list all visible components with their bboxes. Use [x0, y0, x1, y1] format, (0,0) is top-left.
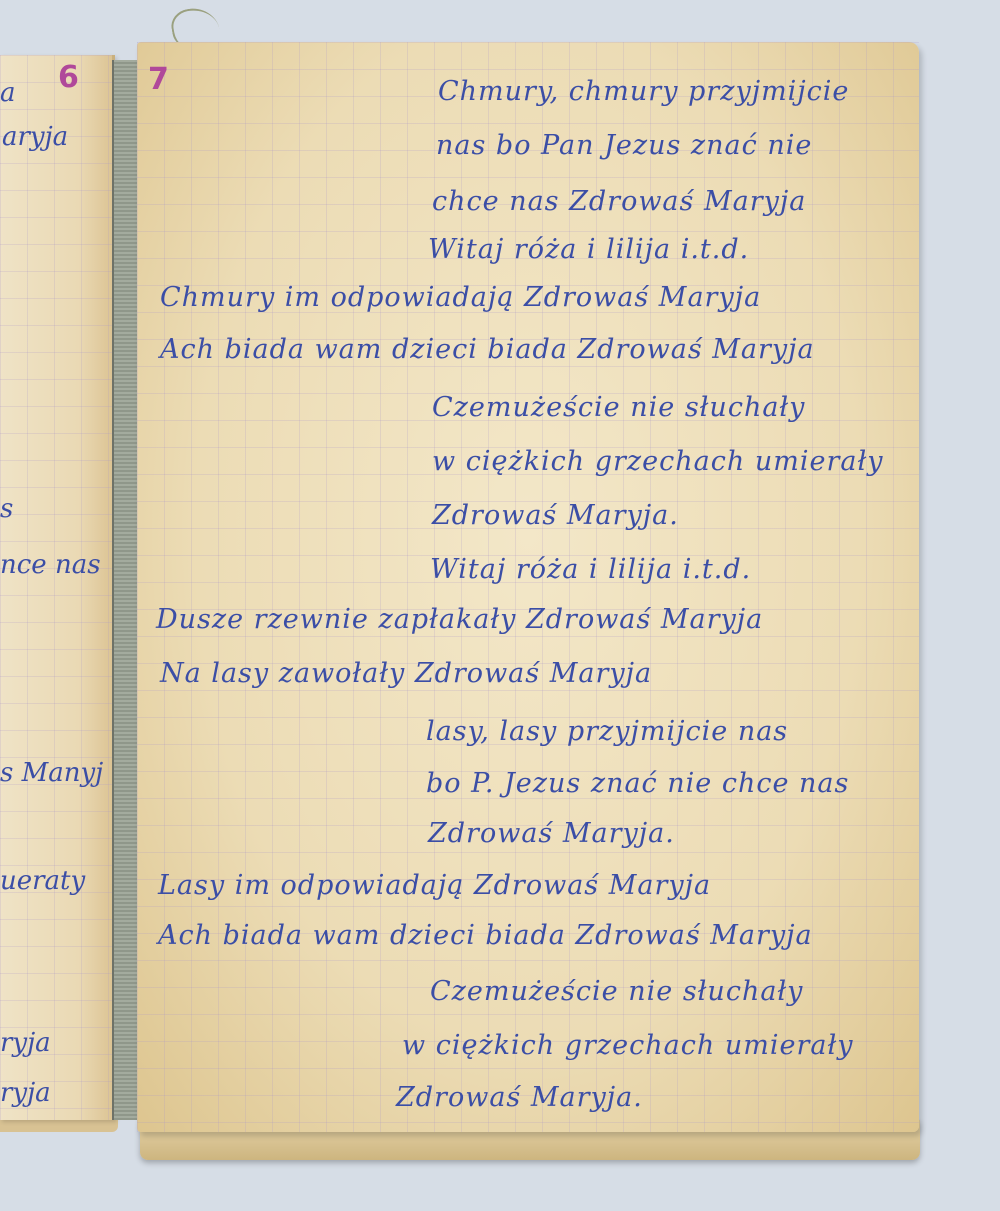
handwritten-line: chce nas Zdrowaś Maryja — [432, 186, 806, 217]
handwritten-line: Czemużeście nie słuchały — [432, 392, 805, 423]
left-text-fragment: aryja — [2, 122, 68, 152]
handwritten-line: w ciężkich grzechach umierały — [402, 1030, 853, 1061]
handwritten-line: Lasy im odpowiadają Zdrowaś Maryja — [158, 870, 711, 901]
left-text-fragment: s — [0, 494, 13, 524]
left-page — [0, 55, 115, 1120]
grid-lines — [0, 55, 112, 1120]
handwritten-line: lasy, lasy przyjmijcie nas — [426, 716, 788, 747]
right-page-number: 7 — [148, 62, 169, 97]
left-text-fragment: a — [0, 78, 16, 108]
handwritten-line: w ciężkich grzechach umierały — [432, 446, 883, 477]
handwritten-line: Na lasy zawołały Zdrowaś Maryja — [160, 658, 652, 689]
left-text-fragment: ueraty — [0, 866, 85, 896]
handwritten-line: Ach biada wam dzieci biada Zdrowaś Maryj… — [160, 334, 815, 365]
handwritten-line: Ach biada wam dzieci biada Zdrowaś Maryj… — [158, 920, 813, 951]
left-page-number: 6 — [58, 60, 79, 95]
handwritten-line: Chmury, chmury przyjmijcie — [438, 76, 849, 107]
handwritten-line: Zdrowaś Maryja. — [396, 1082, 643, 1113]
handwritten-line: Zdrowaś Maryja. — [432, 500, 679, 531]
handwritten-line: Witaj róża i lilija i.t.d. — [428, 234, 749, 265]
handwritten-line: bo P. Jezus znać nie chce nas — [426, 768, 849, 799]
handwritten-line: Czemużeście nie słuchały — [430, 976, 803, 1007]
left-text-fragment: s Manyj — [0, 758, 103, 788]
handwritten-line: Witaj róża i lilija i.t.d. — [430, 554, 751, 585]
left-text-fragment: ryja — [0, 1078, 51, 1108]
handwritten-line: Dusze rzewnie zapłakały Zdrowaś Maryja — [156, 604, 763, 635]
left-text-fragment: nce nas — [0, 550, 101, 580]
handwritten-line: Chmury im odpowiadają Zdrowaś Maryja — [160, 282, 761, 313]
left-text-fragment: ryja — [0, 1028, 51, 1058]
handwritten-line: Zdrowaś Maryja. — [428, 818, 675, 849]
handwritten-line: nas bo Pan Jezus znać nie — [436, 130, 812, 161]
